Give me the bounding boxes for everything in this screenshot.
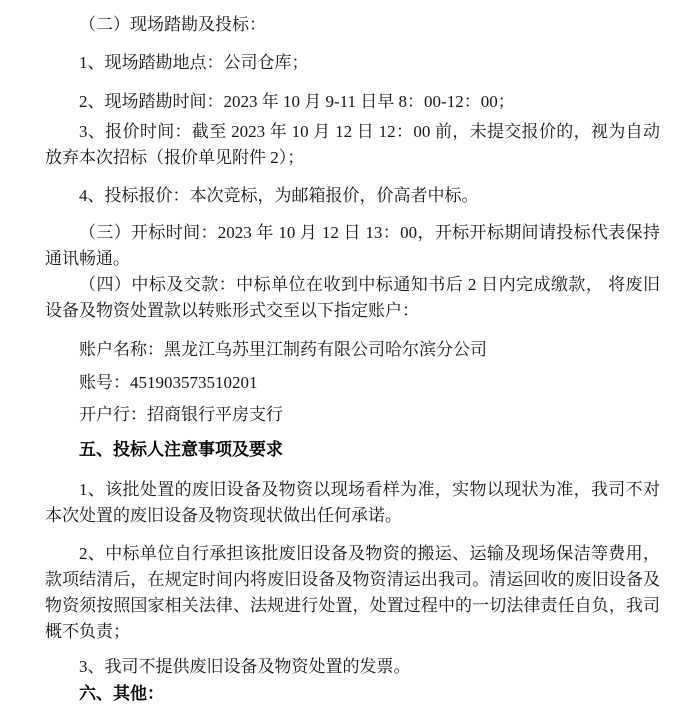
paragraph-note-3-no-invoice: 3、我司不提供废旧设备及物资处置的发票。 [45, 654, 660, 680]
paragraph-survey-location: 1、现场踏勘地点：公司仓库； [45, 50, 660, 76]
section-5-heading-bidder-notes-and-requirements: 五、投标人注意事项及要求 [45, 437, 660, 463]
paragraph-bid-pricing: 4、投标报价：本次竞标，为邮箱报价，价高者中标。 [45, 183, 660, 209]
section-6-heading-other: 六、其他： [45, 681, 660, 707]
paragraph-note-2-transport-and-liability: 2、中标单位自行承担该批废旧设备及物资的搬运、运输及现场保洁等费用，款项结清后，… [45, 541, 660, 645]
paragraph-note-1-as-is-condition: 1、该批处置的废旧设备及物资以现场看样为准，实物以现状为准，我司不对本次处置的废… [45, 477, 660, 529]
document-page: （二）现场踏勘及投标： 1、现场踏勘地点：公司仓库； 2、现场踏勘时间：2023… [0, 0, 700, 727]
section-4-paragraph-award-and-payment: （四）中标及交款：中标单位在收到中标通知书后 2 日内完成缴款， 将废旧设备及物… [45, 272, 660, 324]
paragraph-quote-deadline: 3、报价时间：截至 2023 年 10 月 12 日 12：00 前，未提交报价… [45, 119, 660, 171]
section-3-paragraph-bid-opening-time: （三）开标时间：2023 年 10 月 12 日 13：00，开标开标期间请投标… [45, 220, 660, 272]
paragraph-account-name: 账户名称：黑龙江乌苏里江制药有限公司哈尔滨分公司 [45, 337, 660, 363]
paragraph-bank-branch: 开户行：招商银行平房支行 [45, 402, 660, 428]
paragraph-survey-time: 2、现场踏勘时间：2023 年 10 月 9-11 日早 8：00-12：00； [45, 89, 660, 115]
section-2-heading-site-survey-and-bidding: （二）现场踏勘及投标： [45, 12, 660, 38]
paragraph-account-number: 账号：451903573510201 [45, 370, 660, 396]
